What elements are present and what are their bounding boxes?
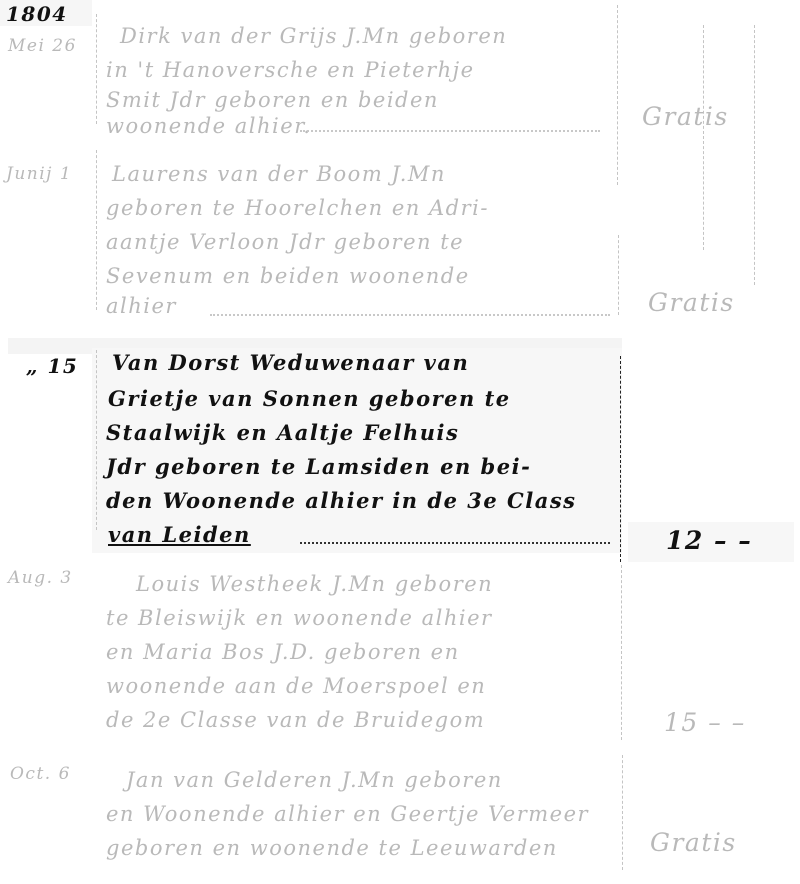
column-rule-middle — [621, 565, 622, 740]
entry-line: de 2e Classe van de Bruidegom — [106, 708, 485, 732]
entry-line: te Bleiswijk en woonende alhier — [106, 606, 493, 630]
entry-date: Junij 1 — [6, 164, 72, 184]
entry-end-dots — [300, 542, 610, 544]
entry-fee: Gratis — [648, 288, 735, 317]
entry-line: Smit Jdr geboren en beiden — [106, 88, 439, 112]
entry-line: Staalwijk en Aaltje Felhuis — [106, 420, 459, 445]
entry-fee: Gratis — [650, 828, 737, 857]
column-rule-left — [96, 150, 97, 310]
entry-line: Grietje van Sonnen geboren te — [108, 386, 511, 411]
column-rule-middle — [618, 235, 619, 315]
column-rule-fee-right — [754, 25, 755, 285]
entry-line: woonende alhier. — [106, 114, 312, 138]
entry-line: Jan van Gelderen J.Mn geboren — [126, 768, 503, 792]
entry-line: Dirk van der Grijs J.Mn geboren — [120, 24, 507, 48]
entry-line: en Woonende alhier en Geertje Vermeer — [106, 802, 589, 826]
entry-line: Sevenum en beiden woonende — [106, 264, 470, 288]
column-rule-left — [96, 350, 97, 530]
entry-line: aantje Verloon Jdr geboren te — [106, 230, 464, 254]
entry-line: geboren te Hoorelchen en Adri- — [106, 196, 489, 220]
entry-line: Louis Westheek J.Mn geboren — [136, 572, 493, 596]
entry-line: van Leiden — [108, 522, 251, 547]
entry-date: Oct. 6 — [10, 764, 71, 784]
entry-fee: Gratis — [642, 102, 729, 131]
entry-line: Laurens van der Boom J.Mn — [112, 162, 446, 186]
entry-date: Aug. 3 — [8, 568, 73, 588]
column-rule-fee-left — [703, 25, 704, 250]
column-rule-middle — [617, 5, 618, 185]
column-rule-left — [96, 14, 97, 124]
entry-fee: 15 – – — [664, 708, 746, 737]
entry-line: Van Dorst Weduwenaar van — [112, 350, 469, 375]
year-heading: 1804 — [6, 2, 68, 26]
entry-line: den Woonende alhier in de 3e Class — [106, 488, 576, 513]
entry-line: geboren en woonende te Leeuwarden — [106, 836, 558, 860]
entry-end-dots — [300, 130, 600, 132]
column-rule-middle — [622, 755, 623, 870]
entry-line: woonende aan de Moerspoel en — [106, 674, 486, 698]
column-rule-middle-dark — [620, 356, 621, 562]
entry-date: „ 15 — [26, 354, 78, 378]
entry-date: Mei 26 — [8, 36, 77, 56]
register-page: 1804 Mei 26 Dirk van der Grijs J.Mn gebo… — [0, 0, 800, 884]
entry-end-dots — [210, 314, 610, 316]
entry-line: alhier — [106, 294, 177, 318]
entry-line: in 't Hanoversche en Pieterhje — [106, 58, 475, 82]
entry-line: en Maria Bos J.D. geboren en — [106, 640, 460, 664]
entry-line: Jdr geboren te Lamsiden en bei- — [106, 454, 531, 479]
entry-fee: 12 – – — [666, 526, 752, 555]
